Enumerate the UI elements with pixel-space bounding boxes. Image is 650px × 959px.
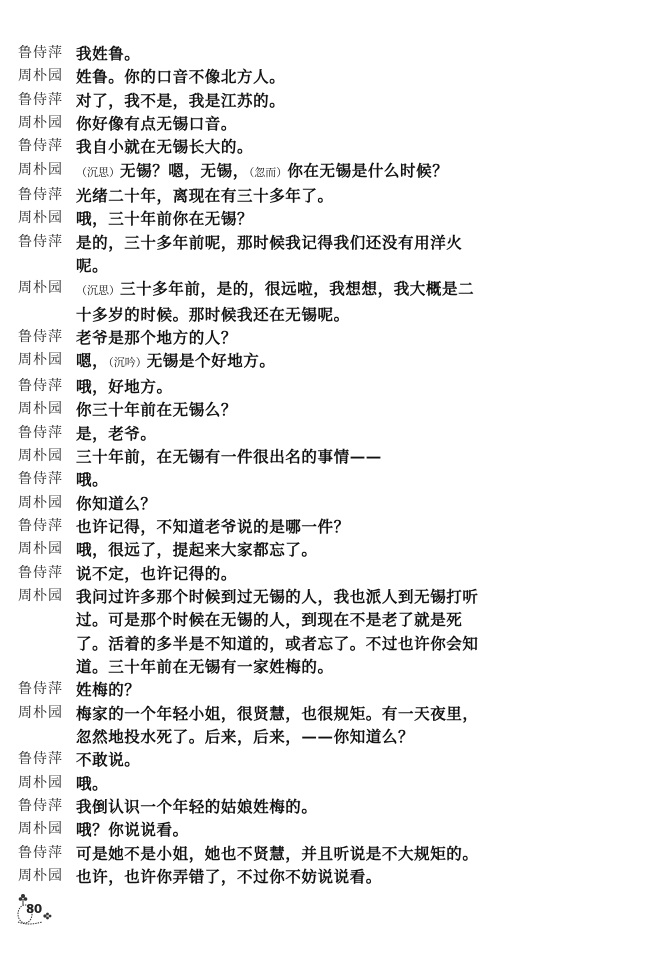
dialogue-text: （沉思）无锡？嗯，无锡，（忽而）你在无锡是什么时候？ — [76, 159, 458, 184]
dialogue-text: 你好像有点无锡口音。 — [76, 112, 458, 135]
spoken-text: 无锡是个好地方。 — [147, 351, 276, 370]
spoken-text: 梅家的一个年轻小姐，很贤慧，也很规矩。有一天夜里， — [76, 704, 479, 723]
dialogue-text: 也许记得，不知道老爷说的是哪一件？ — [76, 515, 458, 538]
dialogue-turn: 周朴园你好像有点无锡口音。 — [18, 112, 458, 135]
page-number: 80 — [26, 902, 42, 916]
dialogue-turn: 鲁侍萍是，老爷。 — [18, 422, 458, 445]
dialogue-turn: 鲁侍萍也许记得，不知道老爷说的是哪一件？ — [18, 515, 458, 538]
dialogue-text: 你三十年前在无锡么？ — [76, 398, 458, 421]
dialogue-turn: 周朴园哦。 — [18, 772, 458, 795]
dialogue-turn: 周朴园我问过许多那个时候到过无锡的人，我也派人到无锡打听过。可是那个时候在无锡的… — [18, 585, 458, 678]
dialogue-line: 哦。 — [76, 468, 458, 491]
dialogue-line: 你三十年前在无锡么？ — [76, 398, 458, 421]
spoken-text: 忽然地投水死了。后来，后来，——你知道么？ — [76, 727, 414, 746]
dialogue-turn: 鲁侍萍是的，三十多年前呢，那时候我记得我们还没有用洋火呢。 — [18, 231, 458, 278]
spoken-text: 是，老爷。 — [76, 424, 157, 443]
speaker-name: 周朴园 — [18, 349, 76, 372]
speaker-name: 周朴园 — [18, 585, 76, 608]
dialogue-line: 哦，很远了，提起来大家都忘了。 — [76, 538, 458, 561]
stage-direction: （沉思） — [76, 284, 120, 297]
dialogue-line: 老爷是那个地方的人？ — [76, 326, 458, 349]
speaker-name: 周朴园 — [18, 538, 76, 561]
dialogue-turn: 鲁侍萍我倒认识一个年轻的姑娘姓梅的。 — [18, 795, 458, 818]
dialogue-turn: 周朴园也许，也许你弄错了，不过你不妨说说看。 — [18, 865, 458, 888]
dialogue-text: 嗯，（沉吟）无锡是个好地方。 — [76, 349, 458, 374]
page-folio: 80 — [14, 892, 54, 926]
dialogue-text: 梅家的一个年轻小姐，很贤慧，也很规矩。有一天夜里，忽然地投水死了。后来，后来，—… — [76, 702, 479, 749]
spoken-text: 我自小就在无锡长大的。 — [76, 137, 253, 156]
stage-direction: （沉吟） — [108, 356, 147, 369]
dialogue-turn: 周朴园三十年前，在无锡有一件很出名的事情—— — [18, 445, 458, 468]
spoken-text: 过。可是那个时候在无锡的人，到现在不是老了就是死 — [76, 610, 462, 629]
spoken-text: 是的，三十多年前呢，那时候我记得我们还没有用洋火 — [76, 233, 462, 252]
dialogue-text: 我自小就在无锡长大的。 — [76, 135, 458, 158]
spoken-text: 三十多年前，是的，很远啦，我想想，我大概是二 — [120, 279, 474, 298]
dialogue-text: 是的，三十多年前呢，那时候我记得我们还没有用洋火呢。 — [76, 231, 462, 278]
dialogue-line: 我姓鲁。 — [76, 42, 458, 65]
dialogue-line: 呢。 — [76, 254, 462, 277]
dialogue-turn: 鲁侍萍可是她不是小姐，她也不贤慧，并且听说是不大规矩的。 — [18, 842, 458, 865]
spoken-text: 哦？你说说看。 — [76, 820, 189, 839]
dialogue-text: （沉思）三十多年前，是的，很远啦，我想想，我大概是二十多岁的时候。那时候我还在无… — [76, 277, 474, 326]
dialogue-turn: 鲁侍萍不敢说。 — [18, 748, 458, 771]
speaker-name: 鲁侍萍 — [18, 842, 76, 865]
dialogue-text: 也许，也许你弄错了，不过你不妨说说看。 — [76, 865, 458, 888]
speaker-name: 周朴园 — [18, 207, 76, 230]
spoken-text: 光绪二十年，离现在有三十多年了。 — [76, 186, 334, 205]
spoken-text: 也许，也许你弄错了，不过你不妨说说看。 — [76, 867, 382, 886]
spoken-text: 说不定，也许记得的。 — [76, 564, 237, 583]
spoken-text: 我姓鲁。 — [76, 44, 140, 63]
speaker-name: 周朴园 — [18, 445, 76, 468]
speaker-name: 周朴园 — [18, 398, 76, 421]
dialogue-line: 梅家的一个年轻小姐，很贤慧，也很规矩。有一天夜里， — [76, 702, 479, 725]
dialogue-text: 哦，好地方。 — [76, 375, 458, 398]
dialogue-text: 三十年前，在无锡有一件很出名的事情—— — [76, 445, 458, 468]
dialogue-text: 是，老爷。 — [76, 422, 458, 445]
spoken-text: 对了，我不是，我是江苏的。 — [76, 91, 285, 110]
spoken-text: 嗯， — [76, 351, 108, 370]
spoken-text: 了。活着的多半是不知道的，或者忘了。不过也许你会知 — [76, 634, 479, 653]
dialogue-line: 是的，三十多年前呢，那时候我记得我们还没有用洋火 — [76, 231, 462, 254]
speaker-name: 鲁侍萍 — [18, 231, 76, 254]
dialogue-line: 不敢说。 — [76, 748, 458, 771]
dialogue-text: 哦，很远了，提起来大家都忘了。 — [76, 538, 458, 561]
dialogue-text: 可是她不是小姐，她也不贤慧，并且听说是不大规矩的。 — [76, 842, 479, 865]
spoken-text: 哦。 — [76, 774, 108, 793]
dialogue-line: 哦，三十年前你在无锡？ — [76, 207, 458, 230]
speaker-name: 鲁侍萍 — [18, 89, 76, 112]
spoken-text: 呢。 — [76, 256, 108, 275]
dialogue-text: 哦？你说说看。 — [76, 818, 458, 841]
dialogue-turn: 鲁侍萍我姓鲁。 — [18, 42, 458, 65]
dialogue-turn: 鲁侍萍姓梅的？ — [18, 678, 458, 701]
dialogue-line: 说不定，也许记得的。 — [76, 562, 458, 585]
stage-direction: （沉思） — [76, 166, 120, 179]
speaker-name: 鲁侍萍 — [18, 422, 76, 445]
dialogue-text: 不敢说。 — [76, 748, 458, 771]
speaker-name: 周朴园 — [18, 159, 76, 182]
spoken-text: 十多岁的时候。那时候我还在无锡呢。 — [76, 305, 350, 324]
book-page: 鲁侍萍我姓鲁。周朴园姓鲁。你的口音不像北方人。鲁侍萍对了，我不是，我是江苏的。周… — [0, 0, 650, 959]
speaker-name: 鲁侍萍 — [18, 468, 76, 491]
dialogue-turn: 鲁侍萍光绪二十年，离现在有三十多年了。 — [18, 184, 458, 207]
spoken-text: 不敢说。 — [76, 750, 140, 769]
dialogue-line: 哦？你说说看。 — [76, 818, 458, 841]
speaker-name: 鲁侍萍 — [18, 42, 76, 65]
dialogue-turn: 鲁侍萍哦。 — [18, 468, 458, 491]
dialogue-line: 我倒认识一个年轻的姑娘姓梅的。 — [76, 795, 458, 818]
speaker-name: 鲁侍萍 — [18, 795, 76, 818]
dialogue-turn: 鲁侍萍哦，好地方。 — [18, 375, 458, 398]
spoken-text: 可是她不是小姐，她也不贤慧，并且听说是不大规矩的。 — [76, 844, 479, 863]
spoken-text: 道。三十年前在无锡有一家姓梅的。 — [76, 657, 334, 676]
spoken-text: 也许记得，不知道老爷说的是哪一件？ — [76, 517, 350, 536]
spoken-text: 哦，三十年前你在无锡？ — [76, 209, 253, 228]
dialogue-turn: 周朴园梅家的一个年轻小姐，很贤慧，也很规矩。有一天夜里，忽然地投水死了。后来，后… — [18, 702, 458, 749]
speaker-name: 鲁侍萍 — [18, 562, 76, 585]
dialogue-text: 你知道么？ — [76, 492, 458, 515]
spoken-text: 你在无锡是什么时候？ — [287, 161, 448, 180]
dialogue-line: 光绪二十年，离现在有三十多年了。 — [76, 184, 458, 207]
speaker-name: 鲁侍萍 — [18, 135, 76, 158]
speaker-name: 周朴园 — [18, 772, 76, 795]
speaker-name: 鲁侍萍 — [18, 748, 76, 771]
dialogue-text: 我倒认识一个年轻的姑娘姓梅的。 — [76, 795, 458, 818]
dialogue-line: （沉思）无锡？嗯，无锡，（忽而）你在无锡是什么时候？ — [76, 159, 458, 184]
dialogue-line: 也许记得，不知道老爷说的是哪一件？ — [76, 515, 458, 538]
speaker-name: 鲁侍萍 — [18, 515, 76, 538]
speaker-name: 周朴园 — [18, 112, 76, 135]
dialogue-line: 你知道么？ — [76, 492, 458, 515]
spoken-text: 哦，好地方。 — [76, 377, 173, 396]
speaker-name: 周朴园 — [18, 277, 76, 300]
dialogue-text: 对了，我不是，我是江苏的。 — [76, 89, 458, 112]
dialogue-text: 哦。 — [76, 468, 458, 491]
speaker-name: 鲁侍萍 — [18, 375, 76, 398]
speaker-name: 周朴园 — [18, 702, 76, 725]
dialogue-turn: 周朴园哦，三十年前你在无锡？ — [18, 207, 458, 230]
speaker-name: 周朴园 — [18, 865, 76, 888]
dialogue-text: 姓梅的？ — [76, 678, 458, 701]
dialogue-line: 我自小就在无锡长大的。 — [76, 135, 458, 158]
dialogue-line: 过。可是那个时候在无锡的人，到现在不是老了就是死 — [76, 608, 479, 631]
dialogue-turn: 周朴园（沉思）三十多年前，是的，很远啦，我想想，我大概是二十多岁的时候。那时候我… — [18, 277, 458, 326]
speaker-name: 鲁侍萍 — [18, 184, 76, 207]
dialogue-line: 是，老爷。 — [76, 422, 458, 445]
spoken-text: 姓鲁。你的口音不像北方人。 — [76, 67, 285, 86]
dialogue-line: 了。活着的多半是不知道的，或者忘了。不过也许你会知 — [76, 632, 479, 655]
dialogue-turn: 周朴园你知道么？ — [18, 492, 458, 515]
dialogue-line: 嗯，（沉吟）无锡是个好地方。 — [76, 349, 458, 374]
dialogue-turn: 鲁侍萍对了，我不是，我是江苏的。 — [18, 89, 458, 112]
spoken-text: 哦，很远了，提起来大家都忘了。 — [76, 540, 318, 559]
dialogue-turn: 周朴园姓鲁。你的口音不像北方人。 — [18, 65, 458, 88]
spoken-text: 无锡？嗯，无锡， — [120, 161, 249, 180]
speaker-name: 周朴园 — [18, 818, 76, 841]
dialogue-text: 光绪二十年，离现在有三十多年了。 — [76, 184, 458, 207]
dialogue-line: 哦，好地方。 — [76, 375, 458, 398]
dialogue-line: 姓梅的？ — [76, 678, 458, 701]
dialogue-turn: 鲁侍萍老爷是那个地方的人？ — [18, 326, 458, 349]
dialogue-turn: 周朴园嗯，（沉吟）无锡是个好地方。 — [18, 349, 458, 374]
dialogue-line: 十多岁的时候。那时候我还在无锡呢。 — [76, 303, 474, 326]
dialogue-text: 说不定，也许记得的。 — [76, 562, 458, 585]
speaker-name: 鲁侍萍 — [18, 678, 76, 701]
spoken-text: 姓梅的？ — [76, 680, 140, 699]
dialogue-text: 老爷是那个地方的人？ — [76, 326, 458, 349]
spoken-text: 老爷是那个地方的人？ — [76, 328, 237, 347]
dialogue-line: 你好像有点无锡口音。 — [76, 112, 458, 135]
dialogue-line: 姓鲁。你的口音不像北方人。 — [76, 65, 458, 88]
dialogue-text: 哦，三十年前你在无锡？ — [76, 207, 458, 230]
dialogue-text: 哦。 — [76, 772, 458, 795]
spoken-text: 你好像有点无锡口音。 — [76, 114, 237, 133]
spoken-text: 哦。 — [76, 470, 108, 489]
speaker-name: 周朴园 — [18, 492, 76, 515]
dialogue-line: （沉思）三十多年前，是的，很远啦，我想想，我大概是二 — [76, 277, 474, 302]
dialogue-turn: 鲁侍萍说不定，也许记得的。 — [18, 562, 458, 585]
spoken-text: 你知道么？ — [76, 494, 157, 513]
dialogue-text: 姓鲁。你的口音不像北方人。 — [76, 65, 458, 88]
speaker-name: 周朴园 — [18, 65, 76, 88]
dialogue-turn: 鲁侍萍我自小就在无锡长大的。 — [18, 135, 458, 158]
speaker-name: 鲁侍萍 — [18, 326, 76, 349]
dialogue-text: 我姓鲁。 — [76, 42, 458, 65]
spoken-text: 我倒认识一个年轻的姑娘姓梅的。 — [76, 797, 318, 816]
dialogue-turn: 周朴园（沉思）无锡？嗯，无锡，（忽而）你在无锡是什么时候？ — [18, 159, 458, 184]
spoken-text: 三十年前，在无锡有一件很出名的事情—— — [76, 447, 382, 466]
spoken-text: 我问过许多那个时候到过无锡的人，我也派人到无锡打听 — [76, 587, 479, 606]
dialogue-line: 三十年前，在无锡有一件很出名的事情—— — [76, 445, 458, 468]
dialogue-line: 可是她不是小姐，她也不贤慧，并且听说是不大规矩的。 — [76, 842, 479, 865]
dialogue-script: 鲁侍萍我姓鲁。周朴园姓鲁。你的口音不像北方人。鲁侍萍对了，我不是，我是江苏的。周… — [18, 42, 458, 888]
dialogue-turn: 周朴园哦，很远了，提起来大家都忘了。 — [18, 538, 458, 561]
dialogue-line: 也许，也许你弄错了，不过你不妨说说看。 — [76, 865, 458, 888]
dialogue-line: 道。三十年前在无锡有一家姓梅的。 — [76, 655, 479, 678]
spoken-text: 你三十年前在无锡么？ — [76, 400, 237, 419]
dialogue-line: 哦。 — [76, 772, 458, 795]
dialogue-line: 忽然地投水死了。后来，后来，——你知道么？ — [76, 725, 479, 748]
dialogue-turn: 周朴园哦？你说说看。 — [18, 818, 458, 841]
dialogue-line: 我问过许多那个时候到过无锡的人，我也派人到无锡打听 — [76, 585, 479, 608]
dialogue-text: 我问过许多那个时候到过无锡的人，我也派人到无锡打听过。可是那个时候在无锡的人，到… — [76, 585, 479, 678]
dialogue-line: 对了，我不是，我是江苏的。 — [76, 89, 458, 112]
stage-direction: （忽而） — [249, 166, 288, 179]
dialogue-turn: 周朴园你三十年前在无锡么？ — [18, 398, 458, 421]
